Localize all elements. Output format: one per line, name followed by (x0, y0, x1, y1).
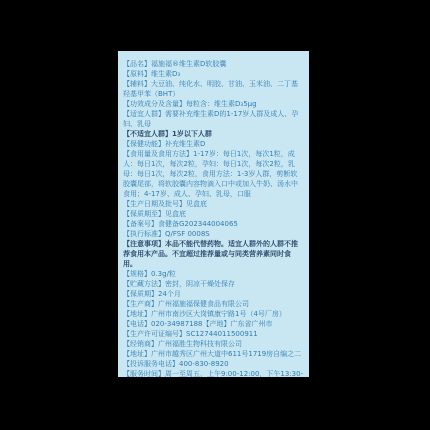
spec-line-production-date: 【生产日期及批号】见盒底 (123, 199, 304, 209)
spec-line-license-number: 【生产许可证编号】SC12744011500911 (123, 329, 304, 339)
spec-line-expiry-see-box: 【保质期至】见盒底 (123, 209, 304, 219)
spec-line-specification: 【规格】0.3g/粒 (123, 269, 304, 279)
spec-line-unsuitable-groups: 【不适宜人群】1岁以下人群 (123, 129, 304, 139)
spec-line-phone-origin: 【电话】020-34987188【产地】广东省广州市 (123, 319, 304, 329)
spec-line-standard: 【执行标准】Q/FSF 0008S (123, 229, 304, 239)
spec-line-record-number: 【备案号】食健备G202344004065 (123, 219, 304, 229)
spec-line-precautions: 【注意事项】本品不能代替药物。适宜人群外的人群不推荐食用本产品。不宜超过推荐量或… (123, 239, 304, 269)
spec-line-raw-material: 【原料】维生素D₃ (123, 69, 304, 79)
spec-line-complaint-hotline: 【投诉服务电话】400-830-8920 (123, 359, 304, 369)
spec-line-manufacturer-address: 【地址】广州市南沙区大岗镇康宁路1号（4号厂房） (123, 309, 304, 319)
spec-line-distributor-address: 【地址】广州市越秀区广州大道中611号1719房自编之二 (123, 349, 304, 359)
spec-line-dosage-method: 【食用量及食用方法】1-17岁：每日1次，每次1粒，成人：每日1次，每次2粒，孕… (123, 149, 304, 199)
product-spec-label: 【品名】福施福®维生素D软胶囊 【原料】维生素D₃ 【辅料】大豆油、纯化水、明胶… (118, 51, 309, 377)
spec-line-service-hours: 【服务时间】周一至周五，上午9:00-12:00，下午13:30-18:00（法… (123, 369, 304, 377)
spec-line-health-function: 【保健功能】补充维生素D (123, 139, 304, 149)
spec-line-shelf-life: 【保质期】24个月 (123, 289, 304, 299)
spec-line-excipients: 【辅料】大豆油、纯化水、明胶、甘油、玉米油、二丁基羟基甲苯（BHT） (123, 79, 304, 99)
spec-line-suitable-groups: 【适宜人群】需要补充维生素D的1-17岁人群及成人、孕妇、乳母 (123, 109, 304, 129)
spec-line-active-content: 【功效成分及含量】每粒含：维生素D₃5μg (123, 99, 304, 109)
spec-line-product-name: 【品名】福施福®维生素D软胶囊 (123, 59, 304, 69)
spec-line-storage: 【贮藏方法】密封，阴凉干燥处保存 (123, 279, 304, 289)
spec-line-manufacturer: 【生产商】广州福施福保健食品有限公司 (123, 299, 304, 309)
spec-line-distributor: 【经销商】广州福胜生物科技有限公司 (123, 339, 304, 349)
